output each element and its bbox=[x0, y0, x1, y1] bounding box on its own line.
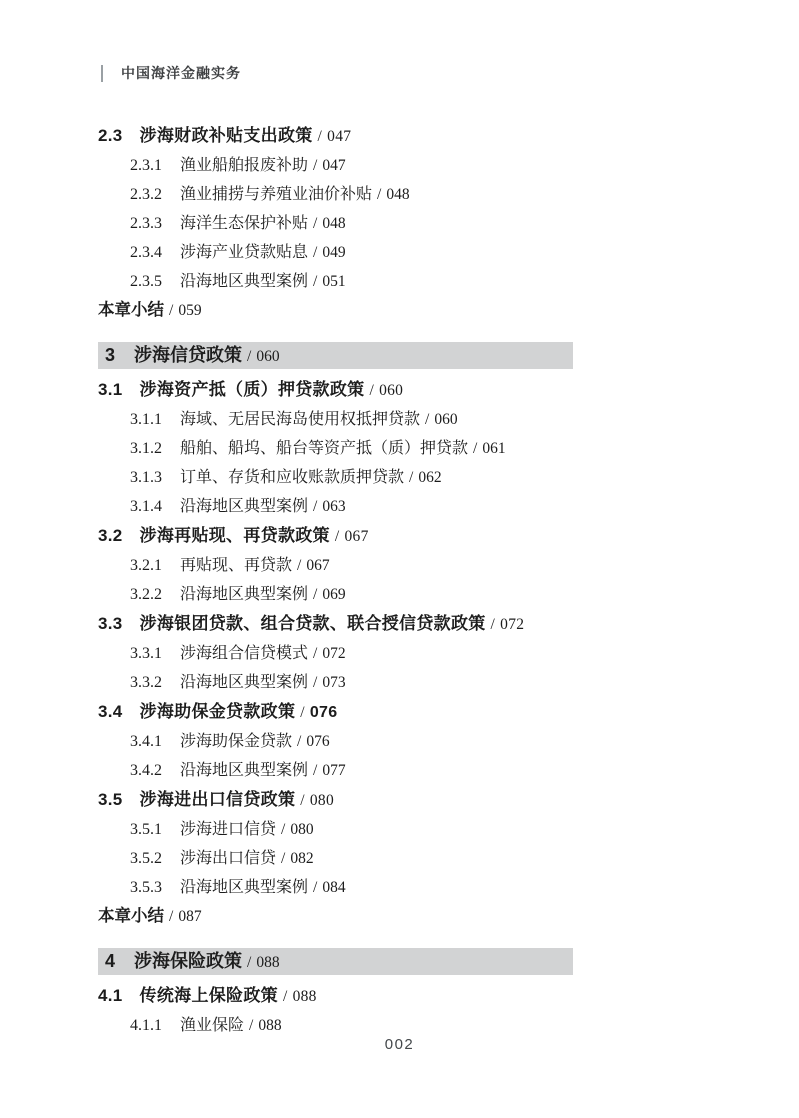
toc-entry-number: 3.1.2 bbox=[130, 440, 162, 457]
toc-entry-page: 076 bbox=[310, 704, 338, 721]
toc-separator: / bbox=[169, 908, 173, 925]
toc-entry-page: 067 bbox=[344, 528, 368, 545]
toc-entry-number: 4 bbox=[105, 951, 115, 971]
toc-entry-number: 4.1 bbox=[98, 986, 123, 1005]
toc-separator: / bbox=[313, 586, 317, 603]
toc-entry-number: 3.5.1 bbox=[130, 821, 162, 838]
toc-entry-title: 涉海助保金贷款 bbox=[180, 733, 292, 750]
toc-entry-title: 涉海助保金贷款政策 bbox=[140, 702, 296, 721]
toc-separator: / bbox=[491, 616, 496, 633]
book-title: 中国海洋金融实务 bbox=[121, 63, 241, 83]
toc-entry-page: 059 bbox=[178, 302, 201, 319]
toc-entry-title: 本章小结 bbox=[98, 301, 164, 319]
toc-separator: / bbox=[281, 850, 285, 867]
toc-entry-number: 3.3 bbox=[98, 614, 123, 633]
toc-entry: 3.2.2沿海地区典型案例/069 bbox=[98, 580, 758, 609]
toc-entry-number: 3.4 bbox=[98, 702, 123, 721]
toc-entry-number: 3.4.1 bbox=[130, 733, 162, 750]
toc-entry-title: 涉海银团贷款、组合贷款、联合授信贷款政策 bbox=[140, 614, 486, 633]
toc-separator: / bbox=[313, 215, 317, 232]
toc-entry-title: 渔业船舶报废补助 bbox=[180, 157, 308, 174]
toc-entry-page: 069 bbox=[322, 586, 345, 603]
toc-entry-number: 3.3.1 bbox=[130, 645, 162, 662]
toc-entry-title: 传统海上保险政策 bbox=[140, 986, 278, 1005]
toc-entry-page: 048 bbox=[322, 215, 345, 232]
toc-entry-title: 海洋生态保护补贴 bbox=[180, 215, 308, 232]
toc-entry: 4.1传统海上保险政策/088 bbox=[98, 981, 758, 1011]
toc-entry: 3.1.3订单、存货和应收账款质押贷款/062 bbox=[98, 463, 758, 492]
toc-entry-number: 3.1.4 bbox=[130, 498, 162, 515]
toc-entry-number: 3.1 bbox=[98, 380, 123, 399]
toc-separator: / bbox=[409, 469, 413, 486]
toc-entry-title: 沿海地区典型案例 bbox=[180, 498, 308, 515]
toc-separator: / bbox=[369, 382, 374, 399]
toc-separator: / bbox=[281, 821, 285, 838]
toc-separator: / bbox=[169, 302, 173, 319]
toc-entry-number: 2.3.1 bbox=[130, 157, 162, 174]
toc-entry-number: 3.1.3 bbox=[130, 469, 162, 486]
toc-entry: 2.3.3海洋生态保护补贴/048 bbox=[98, 209, 758, 238]
toc-entry: 2.3.5沿海地区典型案例/051 bbox=[98, 267, 758, 296]
toc-entry-page: 051 bbox=[322, 273, 345, 290]
toc-entry-number: 3 bbox=[105, 345, 115, 365]
toc-entry-page: 072 bbox=[322, 645, 345, 662]
toc-entry-page: 087 bbox=[178, 908, 201, 925]
toc-separator: / bbox=[473, 440, 477, 457]
toc-entry: 3.5.3沿海地区典型案例/084 bbox=[98, 873, 758, 902]
toc-entry: 3.1.1海域、无居民海岛使用权抵押贷款/060 bbox=[98, 405, 758, 434]
toc-entry-number: 3.3.2 bbox=[130, 674, 162, 691]
toc-entry: 3.4.1涉海助保金贷款/076 bbox=[98, 727, 758, 756]
table-of-contents: 2.3涉海财政补贴支出政策/047 2.3.1渔业船舶报废补助/047 2.3.… bbox=[98, 121, 758, 1040]
toc-entry-page: 073 bbox=[322, 674, 345, 691]
toc-entry-title: 涉海信贷政策 bbox=[134, 345, 242, 365]
toc-entry-title: 船舶、船坞、船台等资产抵（质）押贷款 bbox=[180, 440, 468, 457]
book-page: 中国海洋金融实务 2.3涉海财政补贴支出政策/047 2.3.1渔业船舶报废补助… bbox=[0, 0, 799, 1118]
toc-entry-page: 063 bbox=[322, 498, 345, 515]
toc-separator: / bbox=[313, 157, 317, 174]
toc-entry-page: 047 bbox=[322, 157, 345, 174]
toc-entry-number: 4.1.1 bbox=[130, 1017, 162, 1034]
toc-separator: / bbox=[318, 128, 323, 145]
toc-separator: / bbox=[297, 557, 301, 574]
toc-entry: 3.1涉海资产抵（质）押贷款政策/060 bbox=[98, 375, 758, 405]
toc-entry-number: 3.1.1 bbox=[130, 411, 162, 428]
toc-entry-title: 涉海出口信贷 bbox=[180, 850, 276, 867]
toc-separator: / bbox=[297, 733, 301, 750]
toc-entry: 3.2涉海再贴现、再贷款政策/067 bbox=[98, 521, 758, 551]
toc-entry-number: 2.3.3 bbox=[130, 215, 162, 232]
toc-entry: 2.3.4涉海产业贷款贴息/049 bbox=[98, 238, 758, 267]
toc-entry-title: 渔业捕捞与养殖业油价补贴 bbox=[180, 186, 372, 203]
toc-entry: 2.3涉海财政补贴支出政策/047 bbox=[98, 121, 758, 151]
toc-entry-page: 048 bbox=[386, 186, 409, 203]
toc-entry-number: 2.3.2 bbox=[130, 186, 162, 203]
toc-entry: 3.2.1再贴现、再贷款/067 bbox=[98, 551, 758, 580]
toc-entry-number: 3.2.1 bbox=[130, 557, 162, 574]
toc-entry-page: 072 bbox=[500, 616, 524, 633]
toc-entry-page: 060 bbox=[379, 382, 403, 399]
toc-entry-title: 本章小结 bbox=[98, 907, 164, 925]
toc-entry-number: 3.2 bbox=[98, 526, 123, 545]
toc-entry-title: 沿海地区典型案例 bbox=[180, 674, 308, 691]
toc-entry-title: 沿海地区典型案例 bbox=[180, 762, 308, 779]
header-divider bbox=[101, 65, 103, 82]
toc-entry-number: 2.3 bbox=[98, 126, 123, 145]
toc-entry-title: 涉海再贴现、再贷款政策 bbox=[140, 526, 330, 545]
toc-separator: / bbox=[300, 792, 305, 809]
toc-entry-title: 海域、无居民海岛使用权抵押贷款 bbox=[180, 411, 420, 428]
toc-separator: / bbox=[313, 645, 317, 662]
toc-separator: / bbox=[300, 704, 305, 721]
toc-entry: 3.4.2沿海地区典型案例/077 bbox=[98, 756, 758, 785]
toc-entry: 3.1.4沿海地区典型案例/063 bbox=[98, 492, 758, 521]
toc-separator: / bbox=[313, 498, 317, 515]
toc-entry-number: 2.3.5 bbox=[130, 273, 162, 290]
toc-entry-title: 沿海地区典型案例 bbox=[180, 586, 308, 603]
toc-entry: 3.5.1涉海进口信贷/080 bbox=[98, 815, 758, 844]
toc-entry: 2.3.2渔业捕捞与养殖业油价补贴/048 bbox=[98, 180, 758, 209]
toc-entry-title: 再贴现、再贷款 bbox=[180, 557, 292, 574]
toc-entry: 3.3.1涉海组合信贷模式/072 bbox=[98, 639, 758, 668]
toc-entry-page: 062 bbox=[418, 469, 441, 486]
toc-separator: / bbox=[313, 762, 317, 779]
toc-entry: 3.3.2沿海地区典型案例/073 bbox=[98, 668, 758, 697]
toc-separator: / bbox=[313, 674, 317, 691]
toc-entry-page: 080 bbox=[290, 821, 313, 838]
toc-entry-number: 3.5 bbox=[98, 790, 123, 809]
toc-entry-page: 088 bbox=[256, 954, 279, 971]
page-header: 中国海洋金融实务 bbox=[101, 63, 241, 83]
toc-separator: / bbox=[283, 988, 288, 1005]
toc-entry-page: 076 bbox=[306, 733, 329, 750]
toc-entry-number: 3.4.2 bbox=[130, 762, 162, 779]
toc-entry-page: 060 bbox=[434, 411, 457, 428]
toc-separator: / bbox=[247, 954, 251, 971]
toc-entry-page: 080 bbox=[310, 792, 334, 809]
toc-entry-page: 082 bbox=[290, 850, 313, 867]
toc-entry-page: 088 bbox=[293, 988, 317, 1005]
toc-entry-title: 订单、存货和应收账款质押贷款 bbox=[180, 469, 404, 486]
toc-entry: 3.1.2船舶、船坞、船台等资产抵（质）押贷款/061 bbox=[98, 434, 758, 463]
toc-entry-title: 涉海资产抵（质）押贷款政策 bbox=[140, 380, 365, 399]
toc-chapter-summary: 本章小结/059 bbox=[98, 296, 758, 325]
toc-entry-number: 3.2.2 bbox=[130, 586, 162, 603]
toc-entry-number: 2.3.4 bbox=[130, 244, 162, 261]
toc-separator: / bbox=[313, 879, 317, 896]
toc-entry-page: 077 bbox=[322, 762, 345, 779]
toc-entry-page: 067 bbox=[306, 557, 329, 574]
toc-entry: 3.3涉海银团贷款、组合贷款、联合授信贷款政策/072 bbox=[98, 609, 758, 639]
toc-entry-title: 渔业保险 bbox=[180, 1017, 244, 1034]
toc-separator: / bbox=[425, 411, 429, 428]
toc-entry-title: 涉海产业贷款贴息 bbox=[180, 244, 308, 261]
toc-separator: / bbox=[377, 186, 381, 203]
toc-entry-number: 3.5.2 bbox=[130, 850, 162, 867]
toc-entry-page: 061 bbox=[482, 440, 505, 457]
toc-entry-page: 060 bbox=[256, 348, 279, 365]
page-number: 002 bbox=[0, 1036, 799, 1053]
toc-entry-title: 涉海保险政策 bbox=[134, 951, 242, 971]
toc-entry-page: 049 bbox=[322, 244, 345, 261]
toc-separator: / bbox=[313, 244, 317, 261]
toc-entry: 3.5涉海进出口信贷政策/080 bbox=[98, 785, 758, 815]
toc-separator: / bbox=[249, 1017, 253, 1034]
toc-entry-page: 084 bbox=[322, 879, 345, 896]
toc-chapter-entry: 4涉海保险政策/088 bbox=[98, 948, 573, 975]
toc-entry: 2.3.1渔业船舶报废补助/047 bbox=[98, 151, 758, 180]
toc-entry-title: 涉海进出口信贷政策 bbox=[140, 790, 296, 809]
toc-separator: / bbox=[335, 528, 340, 545]
toc-entry: 3.5.2涉海出口信贷/082 bbox=[98, 844, 758, 873]
toc-separator: / bbox=[247, 348, 251, 365]
toc-entry-page: 047 bbox=[327, 128, 351, 145]
toc-entry-page: 088 bbox=[258, 1017, 281, 1034]
toc-entry-title: 涉海财政补贴支出政策 bbox=[140, 126, 313, 145]
toc-entry-title: 涉海进口信贷 bbox=[180, 821, 276, 838]
toc-entry-title: 沿海地区典型案例 bbox=[180, 879, 308, 896]
toc-separator: / bbox=[313, 273, 317, 290]
toc-entry: 3.4涉海助保金贷款政策/076 bbox=[98, 697, 758, 727]
toc-chapter-summary: 本章小结/087 bbox=[98, 902, 758, 931]
toc-entry-title: 沿海地区典型案例 bbox=[180, 273, 308, 290]
toc-entry-number: 3.5.3 bbox=[130, 879, 162, 896]
toc-chapter-entry: 3涉海信贷政策/060 bbox=[98, 342, 573, 369]
toc-entry-title: 涉海组合信贷模式 bbox=[180, 645, 308, 662]
